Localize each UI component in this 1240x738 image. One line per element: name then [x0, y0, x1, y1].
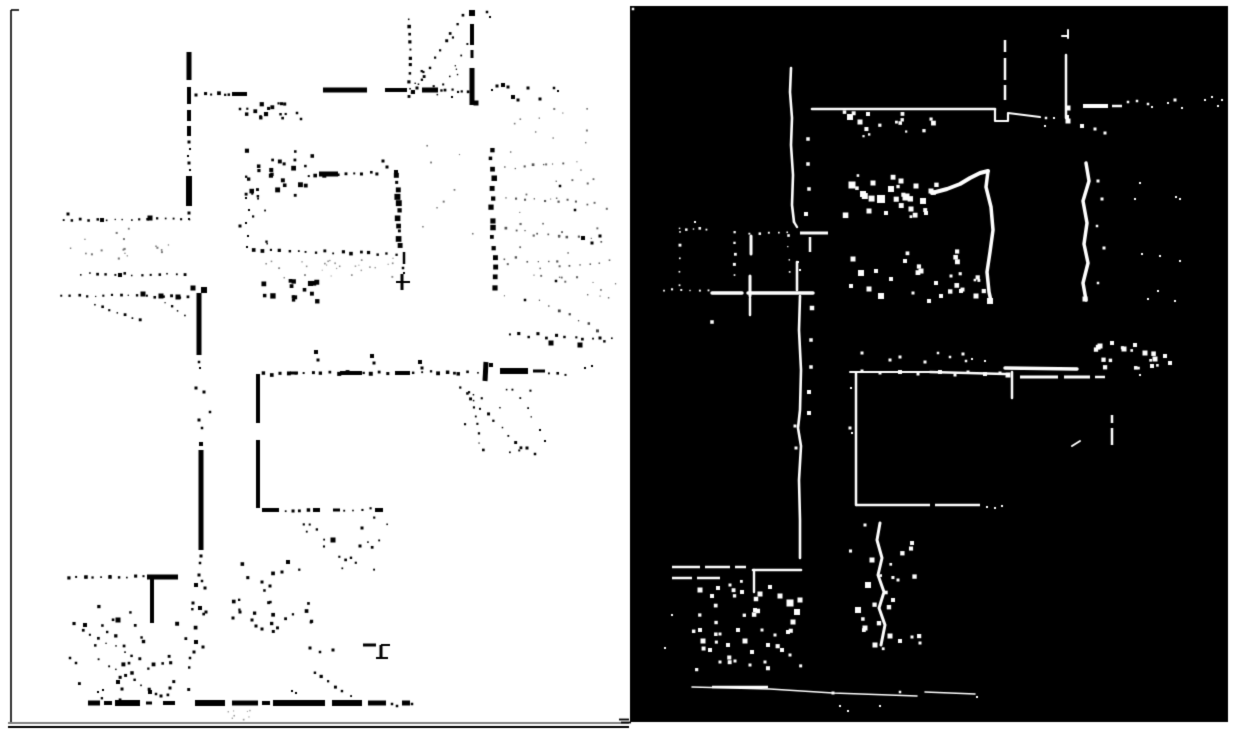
- occupancy-map-canvas: [0, 0, 1240, 738]
- slam-map-figure: [0, 0, 1240, 738]
